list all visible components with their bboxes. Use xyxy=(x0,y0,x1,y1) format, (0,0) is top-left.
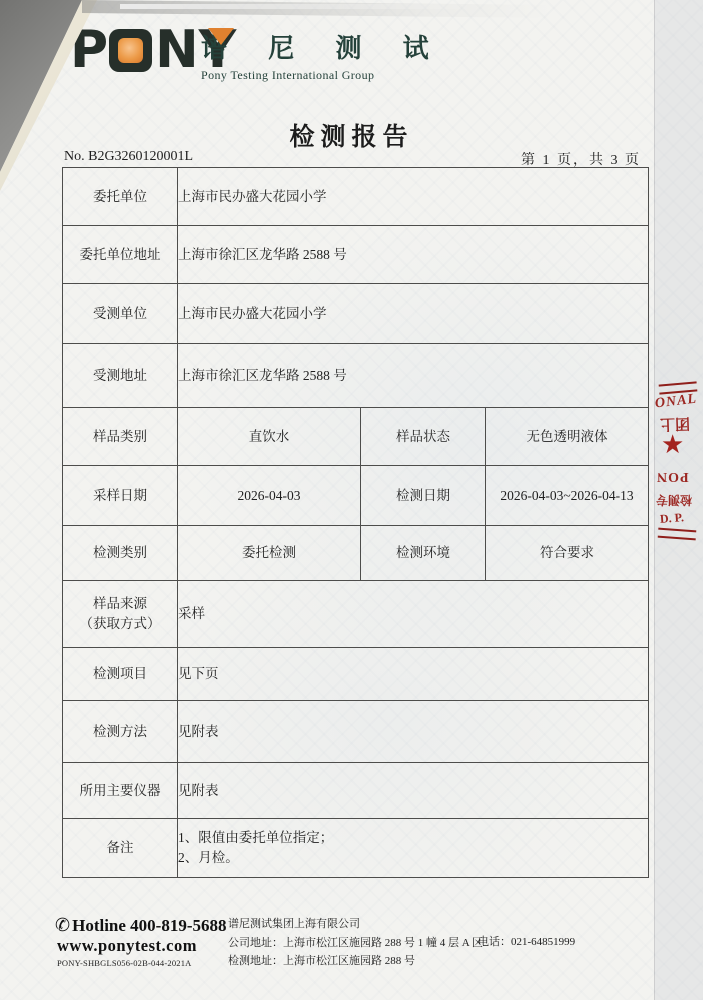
brand-name-english: Pony Testing International Group xyxy=(201,68,446,83)
scan-top-highlight xyxy=(120,4,480,9)
table-row-client: 委托单位 上海市民办盛大花园小学 xyxy=(63,168,649,226)
remark-line-1: 1、限值由委托单位指定； xyxy=(178,828,648,848)
phone-icon: ✆ xyxy=(55,915,70,935)
table-row-sampling-date: 采样日期 2026-04-03 检测日期 2026-04-03~2026-04-… xyxy=(63,466,649,526)
row-value-2: 2026-04-03~2026-04-13 xyxy=(486,466,649,526)
row-value-2: 符合要求 xyxy=(486,526,649,581)
brand-block: 谱 尼 测 试 Pony Testing International Group xyxy=(201,28,446,83)
table-row-test-items: 检测项目 见下页 xyxy=(63,648,649,701)
page-number-info: 第 1 页，共 3 页 xyxy=(521,149,641,169)
report-title: 检测报告 xyxy=(0,117,703,153)
table-row-remarks: 备注 1、限值由委托单位指定； 2、月检。 xyxy=(63,819,649,878)
table-row-tested-unit: 受测单位 上海市民办盛大花园小学 xyxy=(63,284,649,344)
logo-o-mark xyxy=(109,29,152,72)
table-row-instruments: 所用主要仪器 见附表 xyxy=(63,763,649,819)
footer-telephone: 电话：021-64851999 xyxy=(478,933,575,949)
logo-letter-n: N xyxy=(155,26,197,74)
row-label: 检测项目 xyxy=(63,648,178,701)
table-row-test-method: 检测方法 见附表 xyxy=(63,701,649,763)
row-value: 1、限值由委托单位指定； 2、月检。 xyxy=(178,819,649,878)
page-edge-line xyxy=(654,0,655,1000)
footer-company-address: 公司地址：上海市松江区施园路 288 号 1 幢 4 层 A 区 xyxy=(228,934,483,953)
row-label-2: 检测日期 xyxy=(361,466,486,526)
logo-o-orange-square xyxy=(118,38,143,63)
table-row-client-address: 委托单位地址 上海市徐汇区龙华路 2588 号 xyxy=(63,226,649,284)
seal-text-pon: PON xyxy=(656,468,689,484)
hotline-text: Hotline 400-819-5688 xyxy=(72,916,226,935)
row-label-line1: 样品来源 xyxy=(63,594,177,614)
row-value: 采样 xyxy=(178,581,649,648)
table-row-sample-category: 样品类别 直饮水 样品状态 无色透明液体 xyxy=(63,408,649,466)
table-row-sample-source: 样品来源 （获取方式） 采样 xyxy=(63,581,649,648)
table-row-tested-address: 受测地址 上海市徐汇区龙华路 2588 号 xyxy=(63,344,649,408)
row-label: 检测类别 xyxy=(63,526,178,581)
remark-line-2: 2、月检。 xyxy=(178,848,648,868)
brand-name-chinese: 谱 尼 测 试 xyxy=(201,28,446,65)
row-label: 所用主要仪器 xyxy=(63,763,178,819)
row-value: 直饮水 xyxy=(178,408,361,466)
row-value: 2026-04-03 xyxy=(178,466,361,526)
seal-text-jiancezhuan: 检测专 xyxy=(656,492,692,509)
footer-doc-code: PONY-SHBGLS056-02B-044-2021A xyxy=(57,958,192,968)
report-number: No. B2G3260120001L xyxy=(64,149,193,165)
row-value: 上海市民办盛大花园小学 xyxy=(178,168,649,226)
footer-test-address: 检测地址：上海市松江区施园路 288 号 xyxy=(228,952,483,971)
row-value: 见附表 xyxy=(178,763,649,819)
row-value-2: 无色透明液体 xyxy=(486,408,649,466)
footer-hotline: ✆Hotline 400-819-5688 xyxy=(55,915,227,936)
row-value: 上海市民办盛大花园小学 xyxy=(178,284,649,344)
row-value: 见下页 xyxy=(178,648,649,701)
footer-website: www.ponytest.com xyxy=(57,936,197,956)
row-label-2: 样品状态 xyxy=(361,408,486,466)
logo-orange-triangle-icon xyxy=(208,28,234,45)
row-value: 上海市徐汇区龙华路 2588 号 xyxy=(178,226,649,284)
row-label: 样品类别 xyxy=(63,408,178,466)
table-row-test-category: 检测类别 委托检测 检测环境 符合要求 xyxy=(63,526,649,581)
row-value: 委托检测 xyxy=(178,526,361,581)
row-value: 见附表 xyxy=(178,701,649,763)
row-label: 备注 xyxy=(63,819,178,878)
report-page: P N Y 谱 尼 测 试 Pony Testing International… xyxy=(0,0,703,1000)
footer-company-block: 谱尼测试集团上海有限公司 公司地址：上海市松江区施园路 288 号 1 幢 4 … xyxy=(228,915,483,971)
row-label: 样品来源 （获取方式） xyxy=(63,581,178,648)
report-info-table: 委托单位 上海市民办盛大花园小学 委托单位地址 上海市徐汇区龙华路 2588 号… xyxy=(62,167,649,878)
row-label: 委托单位地址 xyxy=(63,226,178,284)
seal-text-dp: D. P. xyxy=(660,510,685,527)
footer-company-name: 谱尼测试集团上海有限公司 xyxy=(228,915,483,934)
seal-star-icon: ★ xyxy=(661,432,684,458)
row-label: 受测地址 xyxy=(63,344,178,408)
row-label: 采样日期 xyxy=(63,466,178,526)
row-label: 检测方法 xyxy=(63,701,178,763)
row-label-line2: （获取方式） xyxy=(63,614,177,634)
row-value: 上海市徐汇区龙华路 2588 号 xyxy=(178,344,649,408)
row-label: 受测单位 xyxy=(63,284,178,344)
row-label: 委托单位 xyxy=(63,168,178,226)
scanned-report: P N Y 谱 尼 测 试 Pony Testing International… xyxy=(0,0,703,1000)
row-label-2: 检测环境 xyxy=(361,526,486,581)
